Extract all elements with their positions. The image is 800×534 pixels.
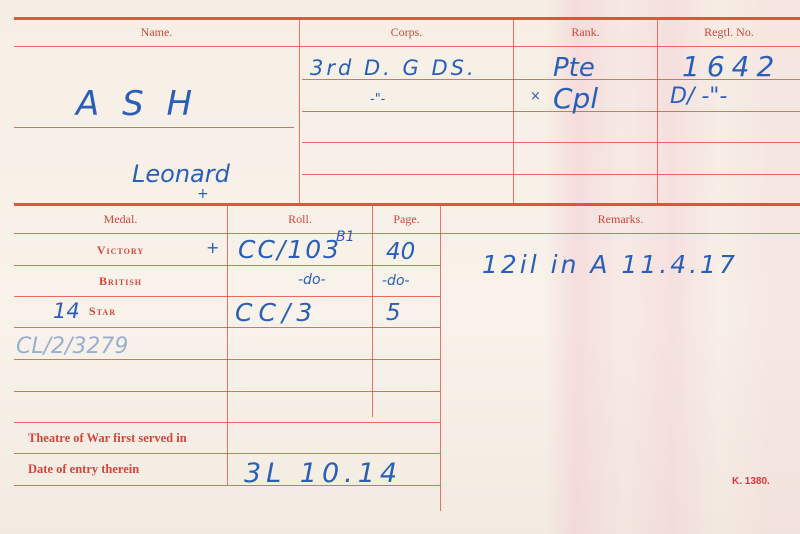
corps-header: Corps. (300, 25, 513, 40)
date-value: 3L 10.14 (244, 458, 402, 489)
forename: Leonard (132, 160, 230, 188)
name-divider (14, 127, 294, 128)
regt-no-value-2: D/ -"- (670, 84, 727, 109)
col-divider (372, 205, 373, 417)
british-page: -do- (382, 273, 410, 289)
corps-value: 3rd D. G DS. (310, 56, 477, 80)
form-number: K. 1380. (732, 476, 770, 487)
british-roll: -do- (298, 272, 326, 288)
medal-header: Medal. (14, 212, 227, 227)
row-rule (302, 111, 800, 112)
victory-page: 40 (386, 239, 415, 265)
col-divider (299, 19, 300, 204)
star-prefix: 14 (53, 299, 80, 323)
victory-mark: + (206, 238, 219, 257)
rank-value-2: Cpl (553, 82, 598, 115)
victory-roll-superscript: B1 (336, 229, 355, 245)
col-divider (513, 19, 514, 204)
medal-british: British (14, 274, 227, 289)
victory-roll: CC/103 (238, 235, 341, 264)
col-divider (657, 19, 658, 204)
col-divider (440, 205, 441, 511)
rank-value: Pte (553, 53, 595, 83)
surname: A S H (76, 84, 198, 124)
header-underline (14, 46, 800, 47)
remarks-header: Remarks. (441, 212, 800, 227)
page-header: Page. (373, 212, 440, 227)
theatre-label: Theatre of War first served in (28, 431, 187, 446)
star-page: 5 (386, 300, 401, 326)
rank-mark: × (530, 89, 541, 104)
remarks-value: 12il in A 11.4.17 (482, 250, 738, 279)
row-rule (302, 142, 800, 143)
name-header: Name. (14, 25, 299, 40)
star-roll: CC/3 (235, 298, 318, 327)
date-label: Date of entry therein (28, 462, 139, 477)
regt-no-value: 1642 (682, 50, 781, 83)
regt-no-header: Regtl. No. (658, 25, 800, 40)
header-underline (14, 233, 800, 234)
section-rule (14, 203, 800, 206)
row-rule (302, 174, 800, 175)
roll-header: Roll. (228, 212, 372, 227)
medal-index-card: Name. Corps. Rank. Regtl. No. A S H Leon… (0, 0, 800, 534)
medal-star: Star (89, 304, 116, 319)
col-divider (227, 205, 228, 485)
corps-value-ditto: -"- (370, 92, 385, 107)
forename-mark: + (197, 186, 209, 202)
top-rule (14, 17, 800, 20)
rank-header: Rank. (514, 25, 657, 40)
extra-roll-note: CL/2/3279 (16, 334, 128, 359)
medal-victory: Victory (14, 243, 227, 258)
